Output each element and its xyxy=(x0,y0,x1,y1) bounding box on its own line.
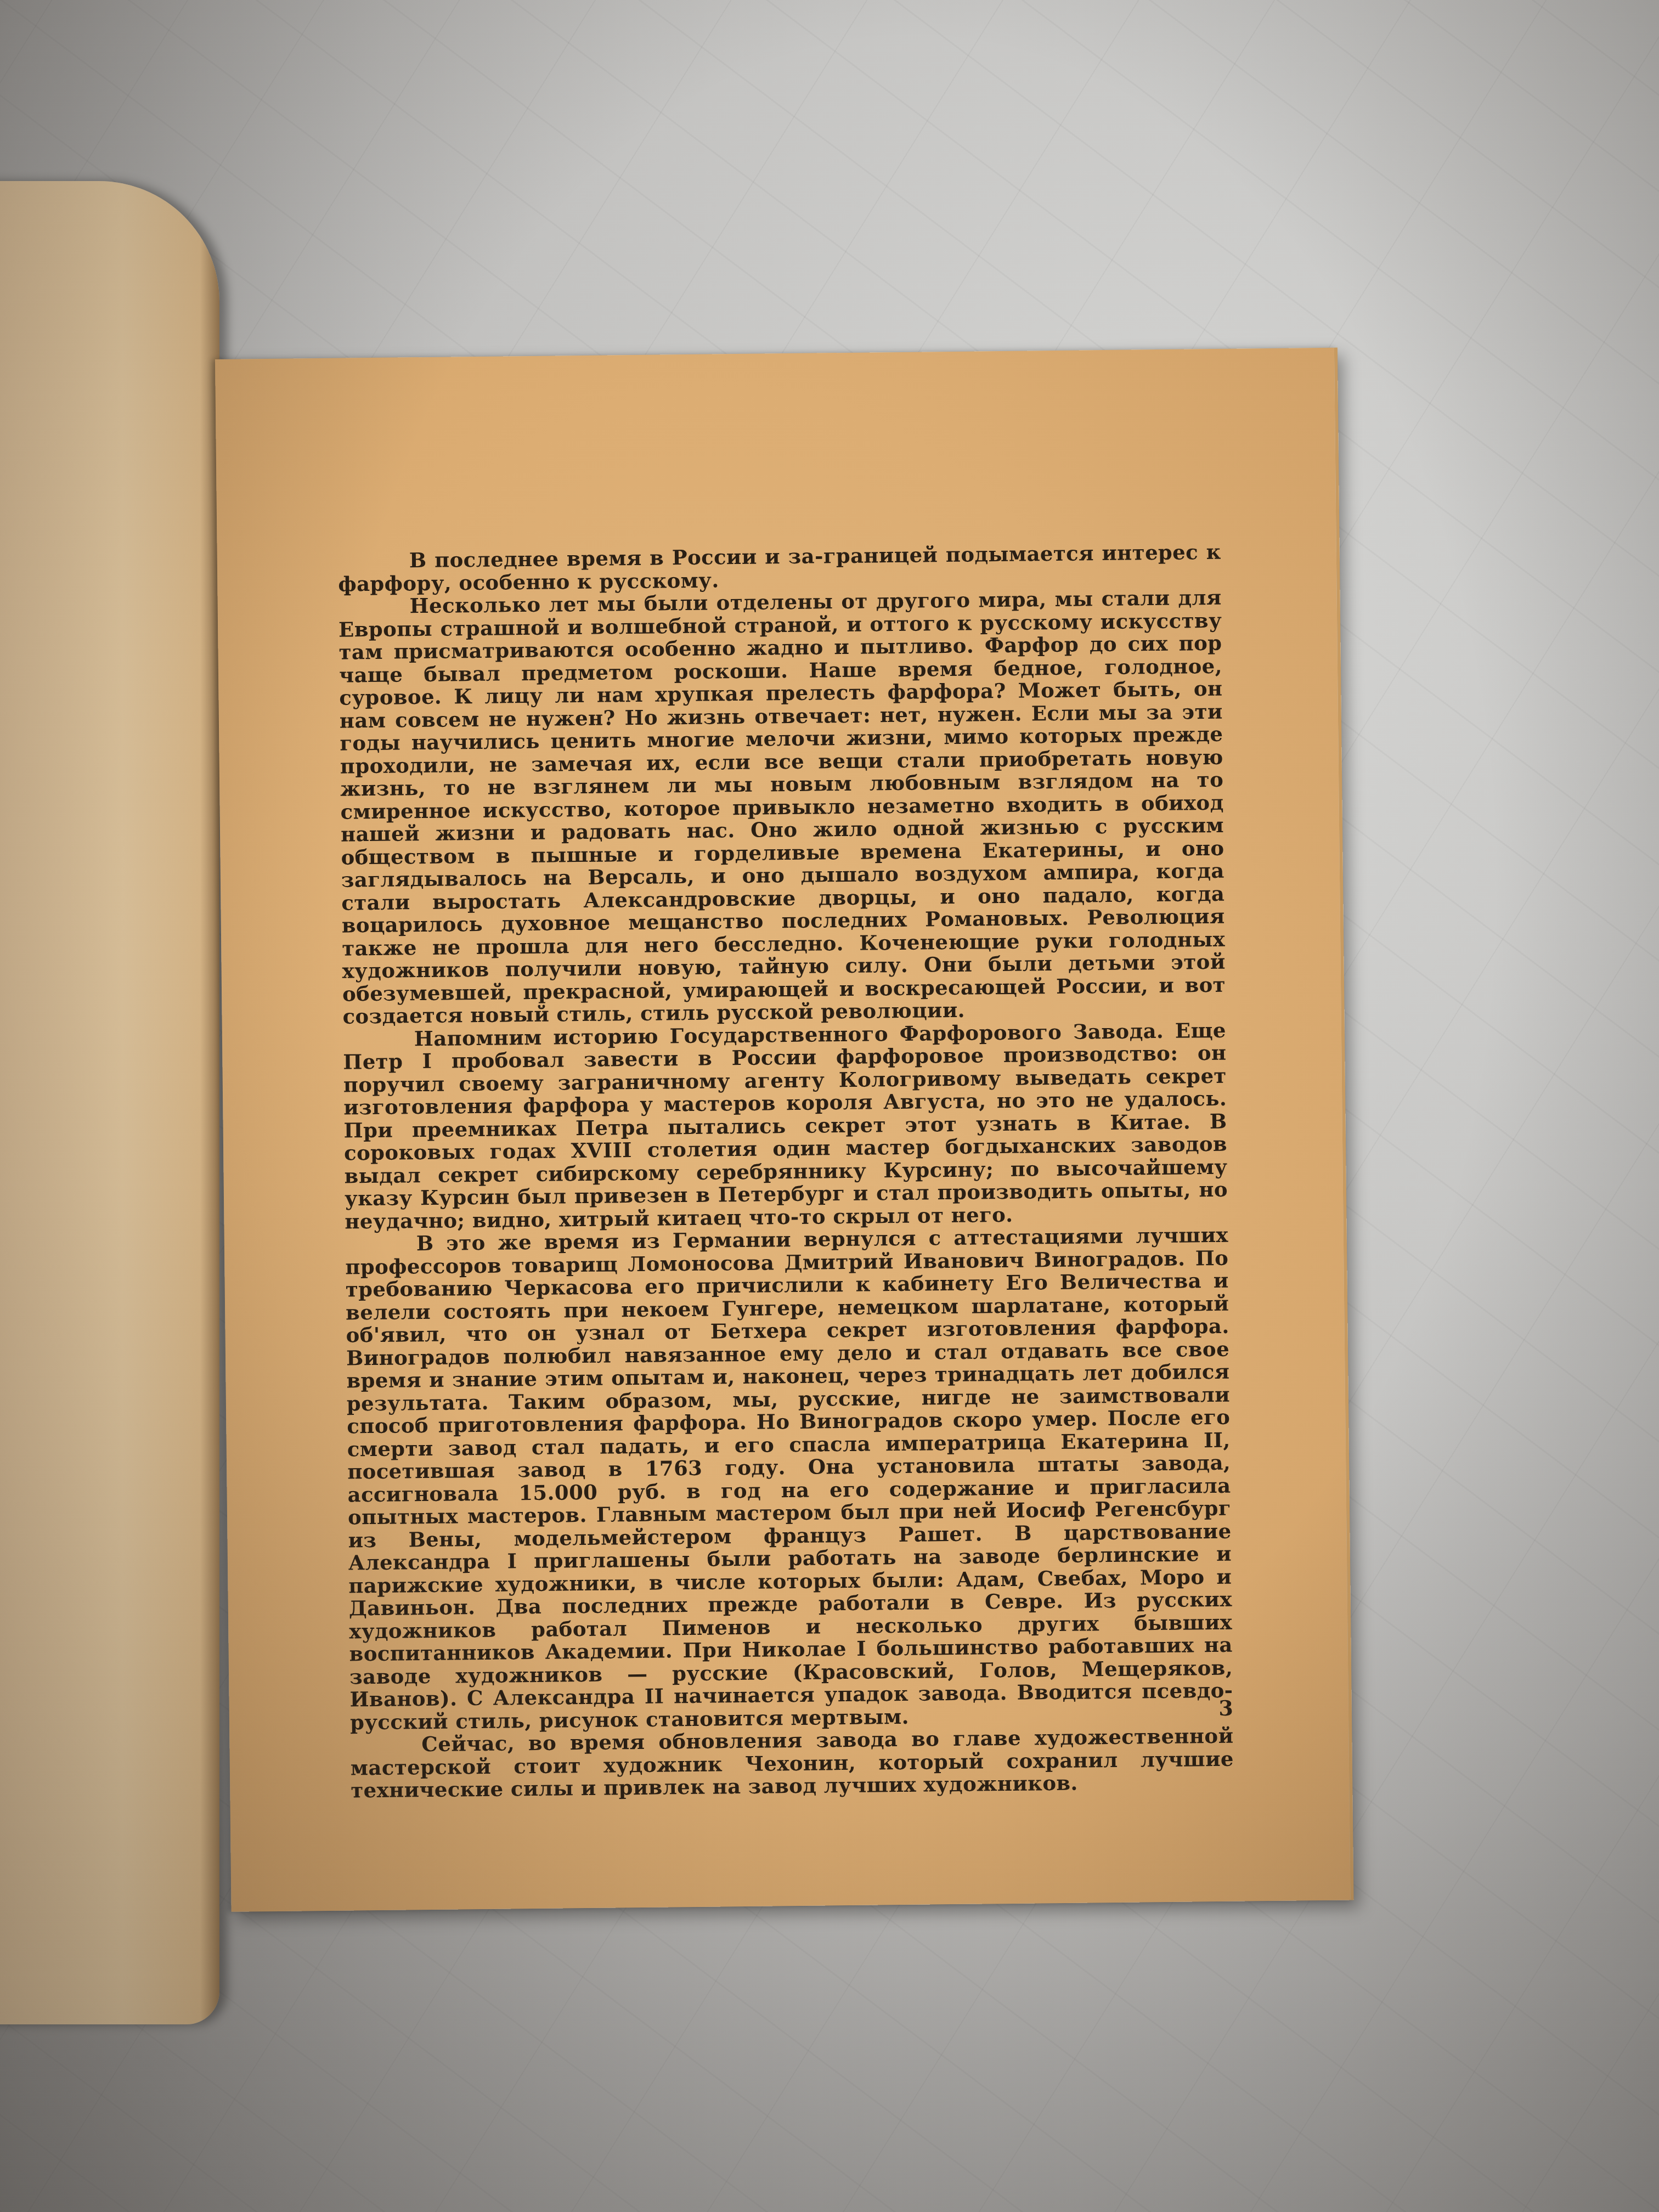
paragraph-vinogradov: В это же время из Германии вернулся с ат… xyxy=(345,1224,1233,1734)
body-text: В последнее время в России и за-границей… xyxy=(338,541,1234,1802)
paragraph-chekhonin: Сейчас, во время обновления завода во гл… xyxy=(350,1725,1234,1802)
document-page: В последнее время в России и за-границей… xyxy=(215,348,1354,1912)
left-book-page xyxy=(0,181,219,2024)
paragraph-factory-history: Напомним историю Государственного Фарфор… xyxy=(343,1019,1228,1233)
page-number: 3 xyxy=(1218,1696,1233,1720)
paragraph-porcelain-value: Несколько лет мы были отделены от другог… xyxy=(338,586,1226,1028)
